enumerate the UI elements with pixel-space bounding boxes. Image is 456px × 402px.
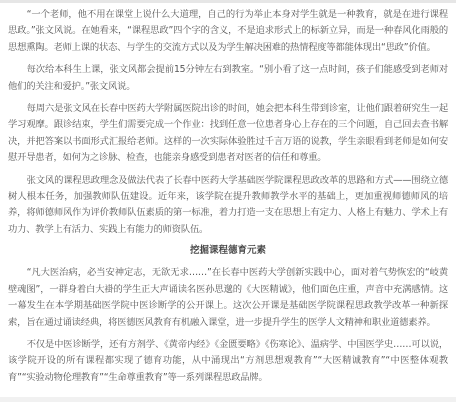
paragraph: 每周六是张文风在长春中医药大学附属医院出诊的时间，她会把本科生带到诊室，让他们跟… [8,101,448,167]
paragraph: “凡大医治病，必当安神定志，无欲无求……”在长春中医药大学创新实践中心，面对着气… [8,265,448,331]
article-body: “一个老师，他不用在课堂上说什么大道理，自己的行为举止本身对学生就是一种教育，就… [8,7,448,392]
paragraph: “一个老师，他不用在课堂上说什么大道理，自己的行为举止本身对学生就是一种教育，就… [8,7,448,56]
bottom-bar [0,397,456,402]
paragraph: 张文风的课程思政理念及做法代表了长春中医药大学基础医学院课程思政改革的思路和方式… [8,173,448,239]
section-heading: 挖掘课程德育元素 [8,244,448,258]
paragraph: 不仅是中医诊断学，还有方剂学、《黄帝内经》《金匮要略》《伤寒论》、温病学、中国医… [8,337,448,386]
top-divider [0,0,456,3]
paragraph: 每次给本科生上课，张文风都会提前15分钟左右到教室。“别小看了这一点时间，孩子们… [8,62,448,95]
